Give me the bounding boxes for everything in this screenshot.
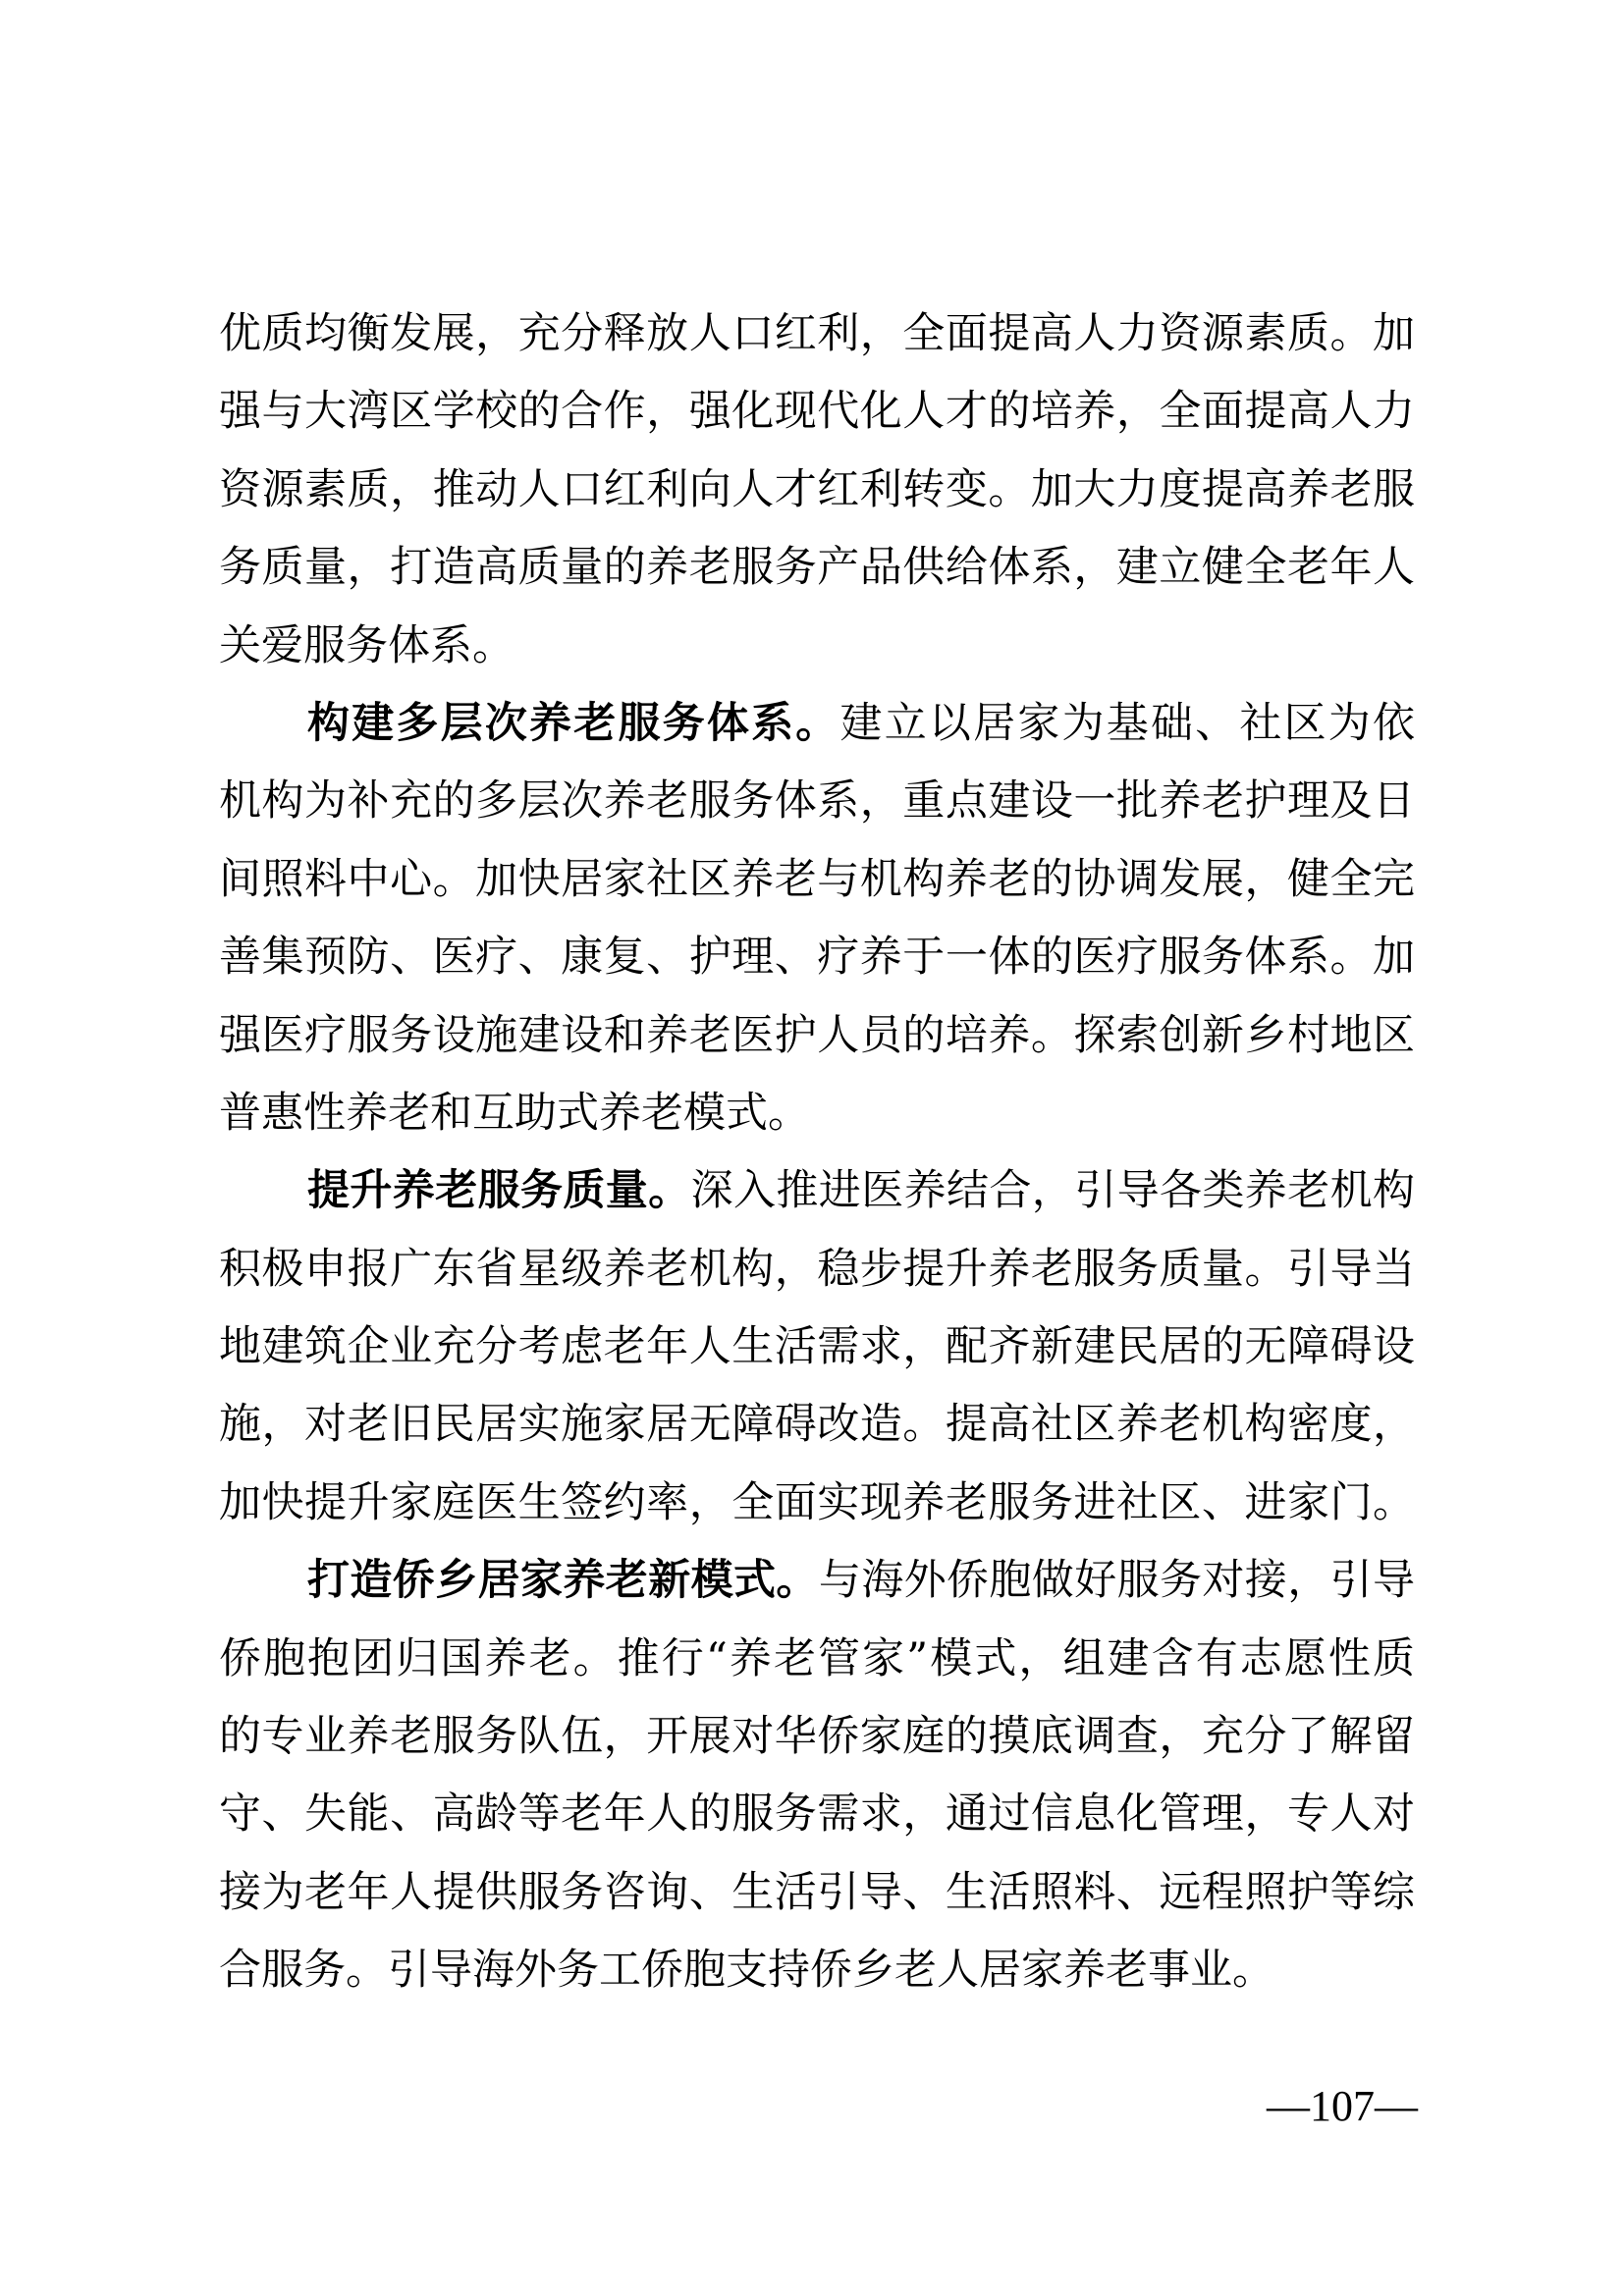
line-text: 善集预防、医疗、康复、护理、疗养于一体的医疗服务体系。加 — [219, 933, 1415, 982]
text-line: 加快提升家庭医生签约率，全面实现养老服务进社区、进家门。 — [219, 1465, 1415, 1542]
text-line: 强与大湾区学校的合作，强化现代化人才的培养，全面提高人力 — [219, 373, 1415, 451]
paragraph-lead: 构建多层次养老服务体系。 — [307, 699, 840, 748]
paragraph-service-quality: 提升养老服务质量。深入推进医养结合，引导各类养老机构 积极申报广东省星级养老机构… — [219, 1152, 1415, 1542]
line-text: 关爱服务体系。 — [219, 621, 514, 670]
line-text: 积极申报广东省星级养老机构，稳步提升养老服务质量。引导当 — [219, 1245, 1415, 1294]
text-line: 施，对老旧民居实施家居无障碍改造。提高社区养老机构密度， — [219, 1386, 1415, 1464]
text-line: 合服务。引导海外务工侨胞支持侨乡老人居家养老事业。 — [219, 1932, 1415, 2009]
paragraph-multi-level-elderly-care: 构建多层次养老服务体系。建立以居家为基础、社区为依托、 机构为补充的多层次养老服… — [219, 685, 1415, 1152]
text-line: 务质量，打造高质量的养老服务产品供给体系，建立健全老年人 — [219, 529, 1415, 607]
line-text: 强与大湾区学校的合作，强化现代化人才的培养，全面提高人力 — [219, 387, 1415, 436]
line-text: 地建筑企业充分考虑老年人生活需求，配齐新建民居的无障碍设 — [219, 1322, 1415, 1371]
text-line: 打造侨乡居家养老新模式。与海外侨胞做好服务对接，引导 — [219, 1542, 1415, 1620]
text-line: 构建多层次养老服务体系。建立以居家为基础、社区为依托、 — [219, 685, 1415, 763]
text-line: 善集预防、医疗、康复、护理、疗养于一体的医疗服务体系。加 — [219, 919, 1415, 996]
document-page: 优质均衡发展，充分释放人口红利，全面提高人力资源素质。加 强与大湾区学校的合作，… — [0, 0, 1624, 2296]
line-text: 施，对老旧民居实施家居无障碍改造。提高社区养老机构密度， — [219, 1400, 1415, 1449]
paragraph-overseas-chinese-home-care: 打造侨乡居家养老新模式。与海外侨胞做好服务对接，引导 侨胞抱团归国养老。推行“养… — [219, 1542, 1415, 2009]
text-line: 守、失能、高龄等老年人的服务需求，通过信息化管理，专人对 — [219, 1776, 1415, 1853]
line-text: 的专业养老服务队伍，开展对华侨家庭的摸底调查，充分了解留 — [219, 1712, 1415, 1761]
line-text: 务质量，打造高质量的养老服务产品供给体系，建立健全老年人 — [219, 543, 1415, 592]
line-text: 普惠性养老和互助式养老模式。 — [219, 1089, 810, 1138]
line-text: 资源素质，推动人口红利向人才红利转变。加大力度提高养老服 — [219, 465, 1415, 514]
text-block: 优质均衡发展，充分释放人口红利，全面提高人力资源素质。加 强与大湾区学校的合作，… — [219, 295, 1415, 2010]
text-line: 积极申报广东省星级养老机构，稳步提升养老服务质量。引导当 — [219, 1231, 1415, 1308]
line-text: 合服务。引导海外务工侨胞支持侨乡老人居家养老事业。 — [219, 1946, 1274, 1995]
paragraph-lead: 打造侨乡居家养老新模式。 — [307, 1556, 819, 1605]
line-text: 机构为补充的多层次养老服务体系，重点建设一批养老护理及日 — [219, 776, 1415, 826]
text-line: 资源素质，推动人口红利向人才红利转变。加大力度提高养老服 — [219, 452, 1415, 529]
text-line: 强医疗服务设施建设和养老医护人员的培养。探索创新乡村地区 — [219, 997, 1415, 1075]
paragraph-lead: 提升养老服务质量。 — [307, 1166, 691, 1215]
line-text: 加快提升家庭医生签约率，全面实现养老服务进社区、进家门。 — [219, 1478, 1415, 1527]
page-number: —107— — [1267, 2083, 1418, 2130]
text-line: 间照料中心。加快居家社区养老与机构养老的协调发展，健全完 — [219, 841, 1415, 919]
line-text: 与海外侨胞做好服务对接，引导 — [819, 1556, 1415, 1605]
line-text: 优质均衡发展，充分释放人口红利，全面提高人力资源素质。加 — [219, 309, 1415, 358]
line-text: 深入推进医养结合，引导各类养老机构 — [691, 1166, 1415, 1215]
line-text: 强医疗服务设施建设和养老医护人员的培养。探索创新乡村地区 — [219, 1011, 1415, 1060]
text-line: 关爱服务体系。 — [219, 608, 1415, 685]
text-line: 地建筑企业充分考虑老年人生活需求，配齐新建民居的无障碍设 — [219, 1308, 1415, 1386]
paragraph-continuation: 优质均衡发展，充分释放人口红利，全面提高人力资源素质。加 强与大湾区学校的合作，… — [219, 295, 1415, 685]
line-text: 接为老年人提供服务咨询、生活引导、生活照料、远程照护等综 — [219, 1868, 1415, 1917]
line-text: 守、失能、高龄等老年人的服务需求，通过信息化管理，专人对 — [219, 1789, 1415, 1839]
text-line: 的专业养老服务队伍，开展对华侨家庭的摸底调查，充分了解留 — [219, 1698, 1415, 1776]
text-line: 接为老年人提供服务咨询、生活引导、生活照料、远程照护等综 — [219, 1854, 1415, 1932]
text-line: 提升养老服务质量。深入推进医养结合，引导各类养老机构 — [219, 1152, 1415, 1230]
text-line: 普惠性养老和互助式养老模式。 — [219, 1075, 1415, 1152]
text-line: 侨胞抱团归国养老。推行“养老管家”模式，组建含有志愿性质 — [219, 1621, 1415, 1698]
text-line: 优质均衡发展，充分释放人口红利，全面提高人力资源素质。加 — [219, 295, 1415, 373]
line-text: 间照料中心。加快居家社区养老与机构养老的协调发展，健全完 — [219, 855, 1415, 904]
line-text: 侨胞抱团归国养老。推行“养老管家”模式，组建含有志愿性质 — [219, 1634, 1415, 1683]
text-line: 机构为补充的多层次养老服务体系，重点建设一批养老护理及日 — [219, 763, 1415, 840]
